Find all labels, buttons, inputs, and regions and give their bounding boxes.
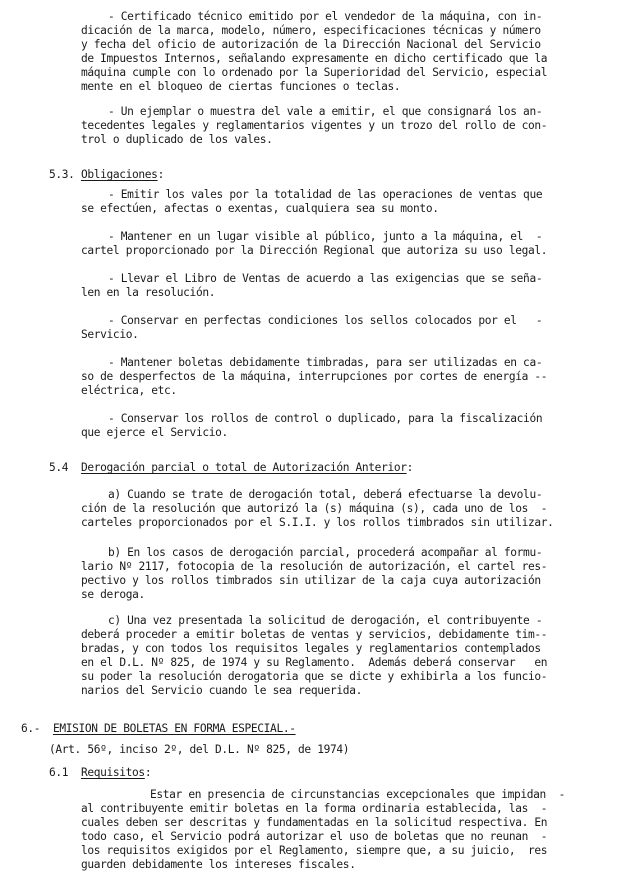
- section-heading-6: 6.- EMISION DE BOLETAS EN FORMA ESPECIAL…: [21, 722, 296, 736]
- text-line: narios del Servicio cuando le sea requer…: [81, 684, 362, 698]
- text-line: pectivo y los rollos timbrados sin utili…: [81, 574, 541, 588]
- text-line: cartel proporcionado por la Dirección Re…: [81, 244, 547, 258]
- text-line: trol o duplicado de los vales.: [81, 133, 273, 147]
- text-line: lario Nº 2117, fotocopia de la resolució…: [81, 560, 547, 574]
- text-line: carteles proporcionados por el S.I.I. y …: [81, 516, 554, 530]
- text-line: cuales deben ser descritas y fundamentad…: [81, 816, 547, 830]
- text-line: - Un ejemplar o muestra del vale a emiti…: [108, 105, 542, 119]
- text-line: - Conservar los rollos de control o dupl…: [108, 412, 542, 426]
- text-line: - Emitir los vales por la totalidad de l…: [108, 188, 542, 202]
- text-line: eléctrica, etc.: [81, 384, 177, 398]
- section-title: Obligaciones: [81, 168, 158, 181]
- legal-reference: (Art. 56º, inciso 2º, del D.L. Nº 825, d…: [49, 743, 349, 757]
- text-line: - Mantener en un lugar visible al públic…: [108, 230, 542, 244]
- section-number: 5.4: [49, 461, 68, 474]
- text-line: al contribuyente emitir boletas en la fo…: [81, 802, 547, 816]
- text-line: - Mantener boletas debidamente timbradas…: [108, 356, 542, 370]
- section-number: 6.-: [21, 722, 40, 735]
- section-number: 5.3.: [49, 168, 75, 181]
- section-heading-6-1: 6.1 Requisitos:: [49, 766, 151, 780]
- section-title: Derogación parcial o total de Autorizaci…: [81, 461, 407, 474]
- text-line: b) En los casos de derogación parcial, p…: [108, 546, 542, 560]
- text-line: - Certificado técnico emitido por el ven…: [108, 10, 542, 24]
- text-line: Estar en presencia de circunstancias exc…: [150, 788, 565, 802]
- text-line: - Conservar en perfectas condiciones los…: [108, 314, 542, 328]
- text-line: que ejerce el Servicio.: [81, 426, 228, 440]
- text-line: guarden debidamente los intereses fiscal…: [81, 858, 356, 872]
- text-line: los requisitos exigidos por el Reglament…: [81, 844, 547, 858]
- text-line: ción de la resolución que autorizó la (s…: [81, 502, 547, 516]
- text-line: so de desperfectos de la máquina, interr…: [81, 370, 547, 384]
- section-heading-5-4: 5.4 Derogación parcial o total de Autori…: [49, 461, 413, 475]
- section-title: Requisitos: [81, 766, 145, 779]
- text-line: en el D.L. Nº 825, de 1974 y su Reglamen…: [81, 656, 547, 670]
- text-line: deberá proceder a emitir boletas de vent…: [81, 628, 547, 642]
- text-line: len en la resolución.: [81, 286, 215, 300]
- text-line: mente en el bloqueo de ciertas funciones…: [81, 80, 400, 94]
- text-line: y fecha del oficio de autorización de la…: [81, 38, 541, 52]
- text-line: bradas, y con todos los requisitos legal…: [81, 642, 541, 656]
- section-heading-5-3: 5.3. Obligaciones:: [49, 168, 164, 182]
- text-line: su poder la resolución derogatoria que s…: [81, 670, 547, 684]
- text-line: Servicio.: [81, 328, 138, 342]
- text-line: de Impuestos Internos, señalando expresa…: [81, 52, 547, 66]
- text-line: dicación de la marca, modelo, número, es…: [81, 24, 541, 38]
- text-line: todo caso, el Servicio podrá autorizar e…: [81, 830, 547, 844]
- section-number: 6.1: [49, 766, 68, 779]
- text-line: tecedentes legales y reglamentarios vige…: [81, 119, 547, 133]
- text-line: máquina cumple con lo ordenado por la Su…: [81, 66, 547, 80]
- text-line: - Llevar el Libro de Ventas de acuerdo a…: [108, 272, 542, 286]
- text-line: se efectúen, afectas o exentas, cualquie…: [81, 202, 439, 216]
- text-line: a) Cuando se trate de derogación total, …: [108, 488, 542, 502]
- text-line: c) Una vez presentada la solicitud de de…: [108, 614, 542, 628]
- text-line: se deroga.: [81, 588, 145, 602]
- section-title: EMISION DE BOLETAS EN FORMA ESPECIAL.-: [53, 722, 296, 735]
